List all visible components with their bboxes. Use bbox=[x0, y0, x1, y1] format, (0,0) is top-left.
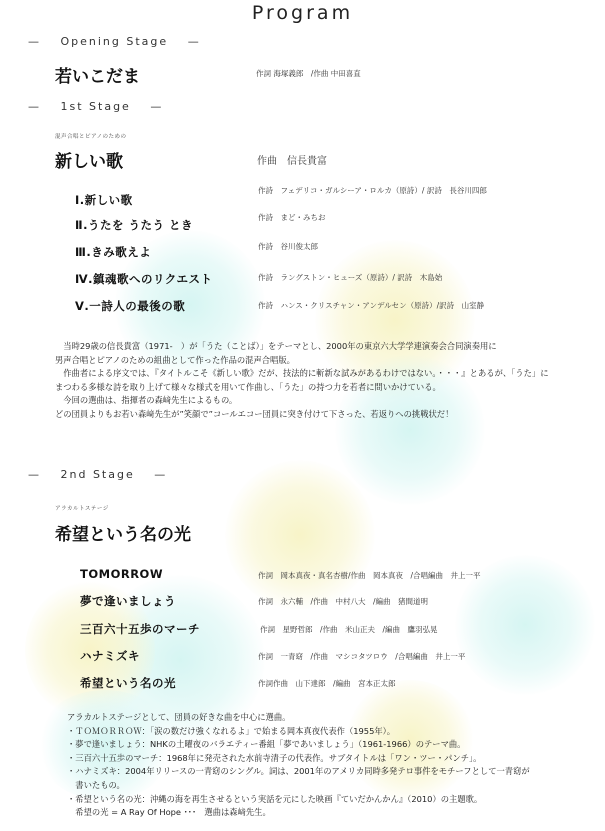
stage2-subtitle: アラカルトステージ bbox=[55, 504, 109, 512]
stage1-song-credit: 作詩 まど・みちお bbox=[258, 212, 326, 223]
note-line: ・希望という名の光：沖縄の海を再生させるという実話を元にした映画『ていだかんかん… bbox=[67, 793, 530, 807]
heading-dash-left: — bbox=[28, 100, 41, 113]
stage2-song-credit: 作詞 一青窈 /作曲 マシコタツロウ /合唱編曲 井上一平 bbox=[258, 651, 465, 662]
stage2-song-title: 三百六十五歩のマーチ bbox=[80, 621, 200, 637]
stage2-heading: — 2nd Stage — bbox=[28, 468, 167, 481]
stage2-song-credit: 作詞 永六輔 /作曲 中村八大 /編曲 猪間道明 bbox=[258, 596, 428, 607]
heading-dash-left: — bbox=[28, 35, 41, 48]
note-line: ・夢で逢いましょう：NHKの土曜夜のバラエティー番組「夢であいましょう」（196… bbox=[67, 738, 530, 752]
heading-dash-right: — bbox=[150, 100, 163, 113]
stage2-title: 希望という名の光 bbox=[55, 520, 191, 545]
note-line: 男声合唱とピアノのための組曲として作った作品の混声合唱版。 bbox=[55, 354, 549, 368]
stage1-title: 新しい歌 bbox=[55, 147, 123, 172]
stage2-song-credit: 作詞作曲 山下達郎 /編曲 宮本正太郎 bbox=[258, 678, 396, 689]
stage1-song-credit: 作詩 谷川俊太郎 bbox=[258, 241, 318, 252]
stage1-heading: — 1st Stage — bbox=[28, 100, 163, 113]
note-line: ・ハナミズキ：2004年リリースの一青窈のシングル。詞は、2001年のアメリカ同… bbox=[67, 765, 530, 779]
heading-dash-left: — bbox=[28, 468, 41, 481]
stage2-song-title: 希望という名の光 bbox=[80, 675, 176, 691]
heading-dash-right: — bbox=[188, 35, 201, 48]
note-line: 書いたもの。 bbox=[67, 779, 530, 793]
opening-song-credit: 作詞 海塚義郎 /作曲 中田喜直 bbox=[256, 68, 361, 79]
stage1-song-title: Ⅳ.鎮魂歌へのリクエスト bbox=[75, 271, 213, 287]
note-line: どの団員よりもお若い森﨑先生が”笑顔で”コールエコー団員に突き付けて下さった、若… bbox=[55, 408, 549, 422]
stage1-song-credit: 作詩 フェデリコ・ガルシーア・ロルカ（原詩）/ 訳詩 長谷川四郎 bbox=[258, 185, 487, 196]
opening-song-title: 若いこだま bbox=[55, 62, 140, 87]
note-line: 希望の光 = A Ray Of Hope ･･･ 選曲は森﨑先生。 bbox=[67, 806, 530, 820]
stage2-song-credit: 作詞 岡本真夜・真名杏樹/作曲 岡本真夜 /合唱編曲 井上一平 bbox=[258, 570, 481, 581]
stage2-notes: アラカルトステージとして、団員の好きな曲を中心に選曲。 ・ＴＯＭＯＲＲＯＷ：「涙… bbox=[67, 711, 530, 820]
stage1-notes: 当時29歳の信長貴富（1971- ）が「うた（ことば）」をテーマとし、2000年… bbox=[55, 340, 549, 421]
note-line: ・三百六十五歩のマーチ：1968年に発売された水前寺清子の代表作。サブタイトルは… bbox=[67, 752, 530, 766]
note-line: アラカルトステージとして、団員の好きな曲を中心に選曲。 bbox=[67, 711, 530, 725]
page-title: Program bbox=[0, 2, 605, 24]
heading-label: Opening Stage bbox=[61, 35, 169, 48]
heading-dash-right: — bbox=[154, 468, 167, 481]
stage1-song-title: Ⅲ.きみ歌えよ bbox=[75, 244, 151, 260]
decorative-blob-yellow bbox=[225, 460, 375, 610]
stage2-song-title: 夢で逢いましょう bbox=[80, 593, 176, 609]
stage2-song-title: TOMORROW bbox=[80, 567, 163, 581]
stage1-composer: 作曲 信長貴富 bbox=[257, 152, 327, 167]
stage1-song-credit: 作詩 ハンス・クリスチャン・アンデルセン（原詩）/訳詩 山室静 bbox=[258, 300, 484, 311]
stage1-song-title: Ⅱ.うたを うたう とき bbox=[75, 217, 193, 233]
note-line: 作曲者による序文では、『タイトルこそ《新しい歌》だが、技法的に斬新な試みがあるわ… bbox=[55, 367, 549, 381]
opening-stage-heading: — Opening Stage — bbox=[28, 35, 201, 48]
stage2-song-title: ハナミズキ bbox=[80, 648, 140, 664]
heading-label: 1st Stage bbox=[61, 100, 131, 113]
stage2-song-credit: 作詞 星野哲郎 /作曲 米山正夫 /編曲 鷹羽弘晃 bbox=[260, 624, 438, 635]
note-line: ・ＴＯＭＯＲＲＯＷ：「涙の数だけ強くなれるよ」で始まる岡本真夜代表作（1955年… bbox=[67, 725, 530, 739]
stage1-song-credit: 作詩 ラングストン・ヒューズ（原詩）/ 訳詩 木島始 bbox=[258, 272, 442, 283]
stage1-subtitle: 混声合唱とピアノのための bbox=[55, 132, 127, 140]
stage1-song-title: Ⅰ.新しい歌 bbox=[75, 192, 133, 208]
note-line: まつわる多様な詩を取り上げて様々な様式を用いて作曲し、「うた」の持つ力を若者に問… bbox=[55, 381, 549, 395]
note-line: 当時29歳の信長貴富（1971- ）が「うた（ことば）」をテーマとし、2000年… bbox=[55, 340, 549, 354]
heading-label: 2nd Stage bbox=[61, 468, 135, 481]
stage1-song-title: Ⅴ.一詩人の最後の歌 bbox=[75, 298, 185, 314]
note-line: 今回の選曲は、指揮者の森﨑先生によるもの。 bbox=[55, 394, 549, 408]
